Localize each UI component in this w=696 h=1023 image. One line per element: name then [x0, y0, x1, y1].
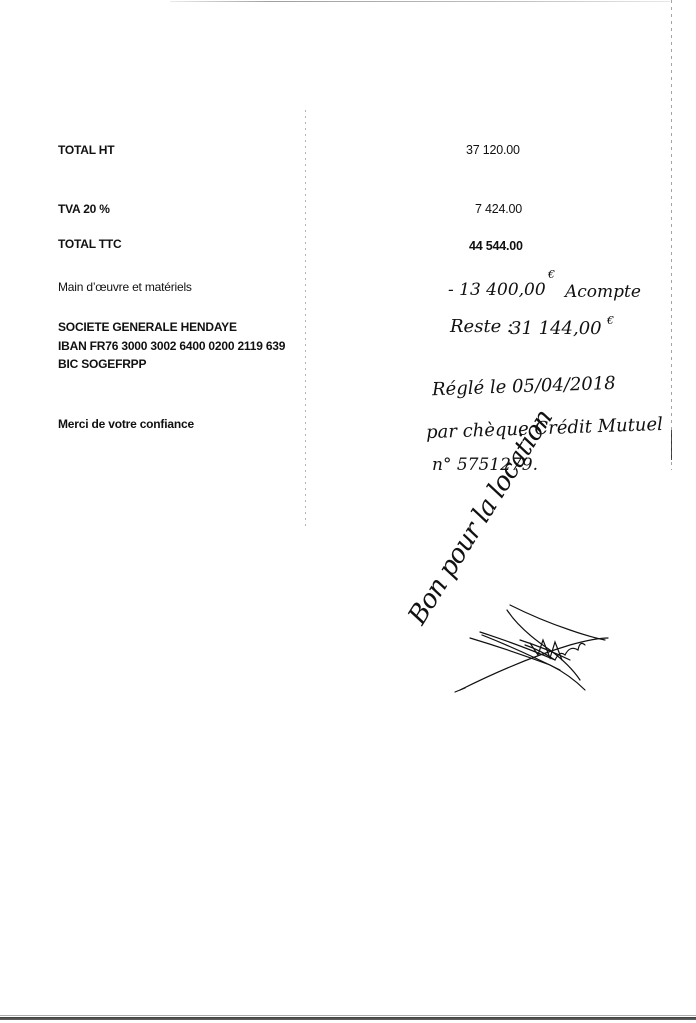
bank-bic: BIC SOGEFRPP	[58, 357, 146, 371]
scan-edge-right	[671, 0, 672, 470]
scan-edge-bottom-thin	[0, 1015, 696, 1016]
handwritten-deposit-currency: €	[548, 268, 555, 281]
handwritten-deposit-label: Acompte	[565, 282, 641, 302]
bank-name: SOCIETE GENERALE HENDAYE	[58, 320, 237, 334]
bank-iban: IBAN FR76 3000 3002 6400 0200 2119 639	[58, 339, 285, 353]
scanned-invoice-page: TOTAL HT 37 120.00 TVA 20 % 7 424.00 TOT…	[0, 0, 696, 1023]
handwritten-remaining-currency: €	[607, 314, 614, 327]
handwritten-remaining-amount: 31 144,00	[510, 318, 602, 339]
handwritten-remaining-label: Reste :	[450, 316, 513, 337]
total-ttc-label: TOTAL TTC	[58, 237, 122, 251]
total-ht-value: 37 120.00	[466, 143, 520, 157]
thank-you-note: Merci de votre confiance	[58, 417, 194, 431]
tva-label: TVA 20 %	[58, 202, 110, 216]
scan-edge-right-mark	[671, 430, 672, 460]
scan-edge-top	[170, 1, 670, 2]
work-description: Main d’œuvre et matériels	[58, 280, 192, 294]
signature	[420, 490, 620, 700]
handwritten-deposit-amount: - 13 400,00	[448, 280, 546, 300]
scan-fold-line	[305, 110, 306, 530]
total-ht-label: TOTAL HT	[58, 143, 114, 157]
tva-value: 7 424.00	[475, 202, 522, 216]
total-ttc-value: 44 544.00	[469, 239, 523, 253]
handwritten-payment-date: Réglé le 05/04/2018	[432, 373, 616, 400]
scan-edge-bottom	[0, 1017, 696, 1020]
